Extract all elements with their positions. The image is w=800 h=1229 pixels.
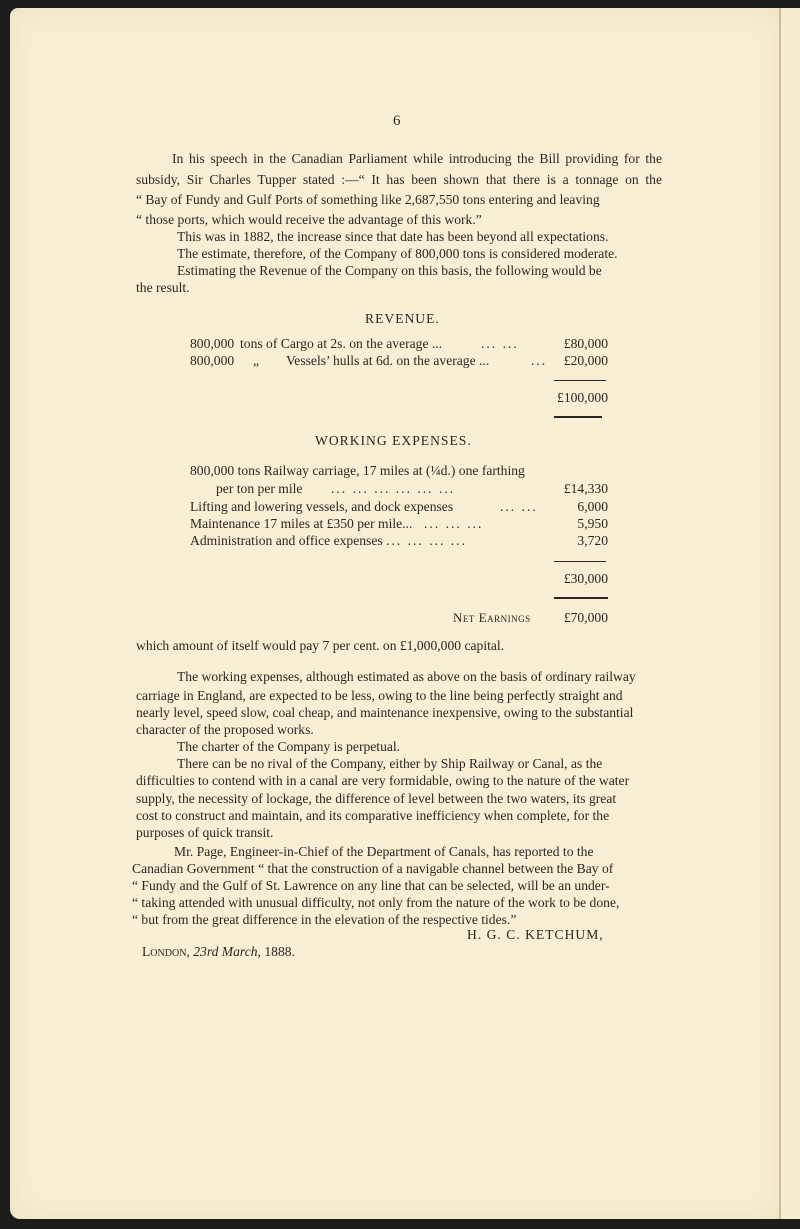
intro-para-4-line-1: Estimating the Revenue of the Company on… [177,263,602,279]
intro-line-3: “ Bay of Fundy and Gulf Ports of somethi… [136,192,662,208]
dateline-year: 1888. [264,944,295,959]
expense-row-4-label: Administration and office expenses [190,533,383,549]
intro-para-2: This was in 1882, the increase since tha… [177,229,608,245]
body-p4-line-1: Mr. Page, Engineer-in-Chief of the Depar… [174,844,594,860]
expense-row-2-label: Lifting and lowering vessels, and dock e… [190,499,453,515]
body-p1-line-1: The working expenses, although estimated… [177,669,636,685]
body-p2: The charter of the Company is perpetual. [177,739,400,755]
body-p4-line-3: “ Fundy and the Gulf of St. Lawrence on … [132,878,610,894]
expense-row-1-amount: £14,330 [520,481,608,497]
capital-note: which amount of itself would pay 7 per c… [136,638,504,654]
intro-line-1: In his speech in the Canadian Parliament… [172,151,662,167]
revenue-row-2-amount: £20,000 [520,353,608,369]
revenue-row-1-desc: tons of Cargo at 2s. on the average ... [240,336,442,352]
expense-row-3-amount: 5,950 [520,516,608,532]
dateline-date: 23rd March, [193,944,261,959]
page-number: 6 [393,113,401,130]
expenses-heading: WORKING EXPENSES. [315,433,472,449]
revenue-total: £100,000 [520,390,608,406]
body-p3-line-3: supply, the necessity of lockage, the di… [136,791,616,807]
intro-line-2: subsidy, Sir Charles Tupper stated :—“ I… [136,172,662,188]
expenses-total: £30,000 [520,571,608,587]
body-p4-line-2: Canadian Government “ that the construct… [132,861,613,877]
revenue-row-1-amount: £80,000 [520,336,608,352]
body-p1-line-4: character of the proposed works. [136,722,314,738]
expense-row-1-dots: ... ... ... ... ... ... [331,481,455,497]
body-p1-line-3: nearly level, speed slow, coal cheap, an… [136,705,633,721]
expense-row-1-cont: per ton per mile [216,481,302,497]
revenue-row-1-dots: ... ... [481,336,519,352]
intro-line-4: “ those ports, which would receive the a… [136,212,482,228]
revenue-row-2-qty: 800,000 [190,353,234,369]
revenue-heading: REVENUE. [365,311,440,327]
intro-para-4-line-2: the result. [136,280,190,296]
dateline-place: London [142,944,186,959]
net-earnings-amount: £70,000 [520,610,608,626]
body-p1-line-2: carriage in England, are expected to be … [136,688,623,704]
expense-row-1-label: 800,000 tons Railway carriage, 17 miles … [190,463,525,479]
body-p3-line-1: There can be no rival of the Company, ei… [177,756,602,772]
body-p4-line-5: “ but from the great difference in the e… [132,912,516,928]
revenue-row-2-desc: Vessels’ hulls at 6d. on the average ... [286,353,489,369]
net-earnings-label: Net Earnings [453,610,531,626]
expense-row-2-amount: 6,000 [520,499,608,515]
revenue-row-2-ditto: „ [253,353,259,369]
revenue-total-rule [554,416,602,418]
expense-row-3-label: Maintenance 17 miles at £350 per mile... [190,516,412,532]
intro-para-3: The estimate, therefore, of the Company … [177,246,618,262]
expense-row-3-dots: ... ... ... [424,516,483,532]
adjacent-page-edge [779,8,800,1219]
body-p3-line-5: purposes of quick transit. [136,825,273,841]
body-p3-line-4: cost to construct and maintain, and its … [136,808,609,824]
signature: H. G. C. KETCHUM, [467,927,604,943]
body-p3-line-2: difficulties to contend with in a canal … [136,773,629,789]
expense-row-4-dots: ... ... ... ... [386,533,467,549]
revenue-row-1-qty: 800,000 [190,336,234,352]
expense-row-4-amount: 3,720 [520,533,608,549]
expenses-subtotal-rule [554,561,606,562]
revenue-subtotal-rule [554,380,606,381]
expenses-total-rule [554,597,608,599]
dateline: London, 23rd March, 1888. [142,944,295,960]
document-page [10,8,780,1219]
body-p4-line-4: “ taking attended with unusual difficult… [132,895,619,911]
